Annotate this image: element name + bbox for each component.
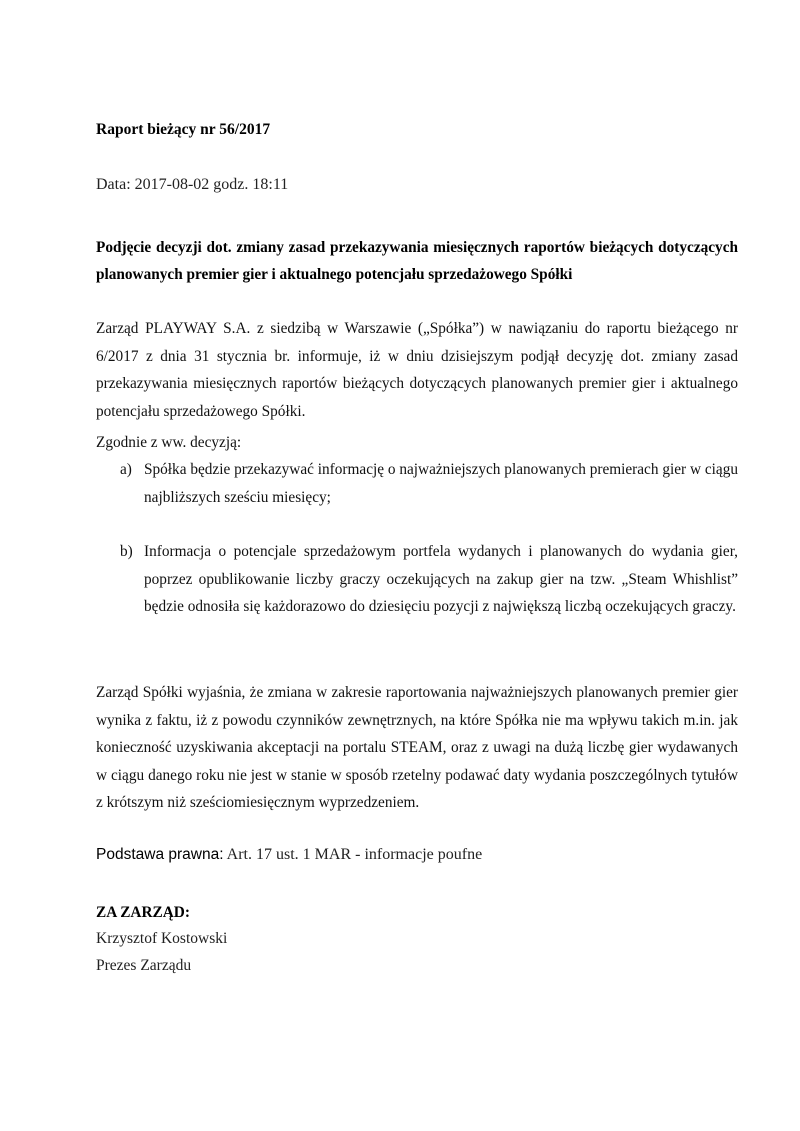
decision-item-text: Spółka będzie przekazywać informację o n… xyxy=(144,461,738,506)
decision-item-text: Informacja o potencjale sprzedażowym por… xyxy=(144,543,738,615)
signature-header: ZA ZARZĄD: xyxy=(96,904,190,922)
intro-paragraph: Zarząd PLAYWAY S.A. z siedzibą w Warszaw… xyxy=(96,315,738,425)
legal-basis-label: Podstawa prawna: xyxy=(96,846,224,863)
list-marker: a) xyxy=(120,456,132,484)
decision-lead: Zgodnie z ww. decyzją: xyxy=(96,429,738,457)
decision-list-a: a) Spółka będzie przekazywać informację … xyxy=(120,456,738,511)
signatory-name: Krzysztof Kostowski xyxy=(96,930,227,948)
report-title: Raport bieżący nr 56/2017 xyxy=(96,121,270,139)
report-date: Data: 2017-08-02 godz. 18:11 xyxy=(96,176,288,194)
decision-item: a) Spółka będzie przekazywać informację … xyxy=(120,456,738,511)
signatory-role: Prezes Zarządu xyxy=(96,957,191,975)
decision-list-b: b) Informacja o potencjale sprzedażowym … xyxy=(120,538,738,621)
list-marker: b) xyxy=(120,538,133,566)
decision-item: b) Informacja o potencjale sprzedażowym … xyxy=(120,538,738,621)
report-subject: Podjęcie decyzji dot. zmiany zasad przek… xyxy=(96,234,738,288)
explanation-paragraph: Zarząd Spółki wyjaśnia, że zmiana w zakr… xyxy=(96,679,738,817)
legal-basis-value: Art. 17 ust. 1 MAR - informacje poufne xyxy=(227,846,483,863)
legal-basis: Podstawa prawna: Art. 17 ust. 1 MAR - in… xyxy=(96,846,482,864)
